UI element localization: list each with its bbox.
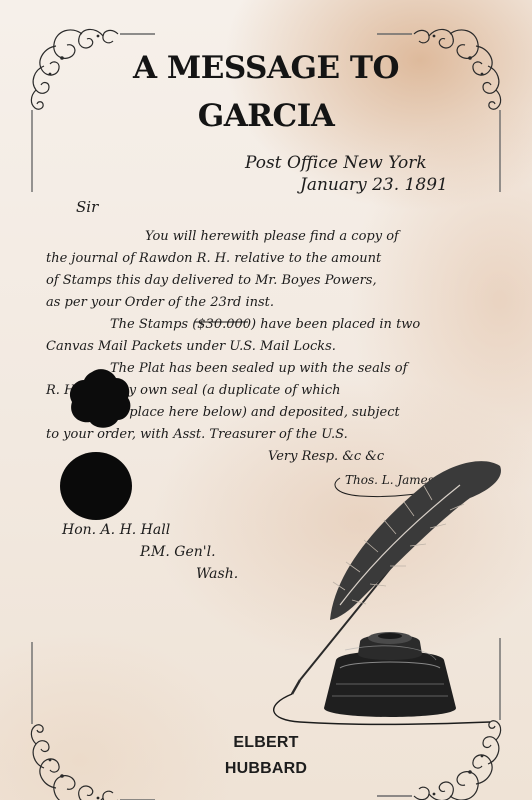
book-title-line-2: GARCIA xyxy=(0,98,532,134)
letter-addressee-3: Wash. xyxy=(196,566,238,582)
letter-line: The Stamps ($30.000) have been placed in… xyxy=(110,317,420,332)
wax-seal-icon xyxy=(70,369,130,428)
wax-seal-icon xyxy=(60,452,132,520)
book-title-line-1: A MESSAGE TO xyxy=(0,50,532,86)
letter-line: to your order, with Asst. Treasurer of t… xyxy=(46,427,348,442)
letter-addressee-1: Hon. A. H. Hall xyxy=(61,522,170,538)
letter-line: of Stamps this day delivered to Mr. Boye… xyxy=(46,273,377,288)
letter-addressee-2: P.M. Gen'l. xyxy=(139,544,216,560)
letter-signature: Thos. L. James xyxy=(345,473,434,487)
letter-salutation: Sir xyxy=(76,198,99,216)
letter-line: I place here below) and deposited, subje… xyxy=(119,405,400,420)
letter-heading-1: Post Office New York xyxy=(244,153,427,173)
author-name-line-1: ELBERT xyxy=(0,734,532,752)
inkwell-icon xyxy=(274,632,490,724)
letter-line: You will herewith please find a copy of xyxy=(145,229,401,244)
letter-line: as per your Order of the 23rd inst. xyxy=(46,295,274,310)
letter-line: Very Resp. &c &c xyxy=(268,449,385,464)
book-cover: Post Office New York January 23. 1891 Si… xyxy=(0,0,532,800)
letter-line: the journal of Rawdon R. H. relative to … xyxy=(46,251,382,266)
letter-line: Canvas Mail Packets under U.S. Mail Lock… xyxy=(46,339,336,354)
author-name-line-2: HUBBARD xyxy=(0,760,532,778)
letter-heading-2: January 23. 1891 xyxy=(297,175,448,195)
letter-line: The Plat has been sealed up with the sea… xyxy=(110,361,410,376)
